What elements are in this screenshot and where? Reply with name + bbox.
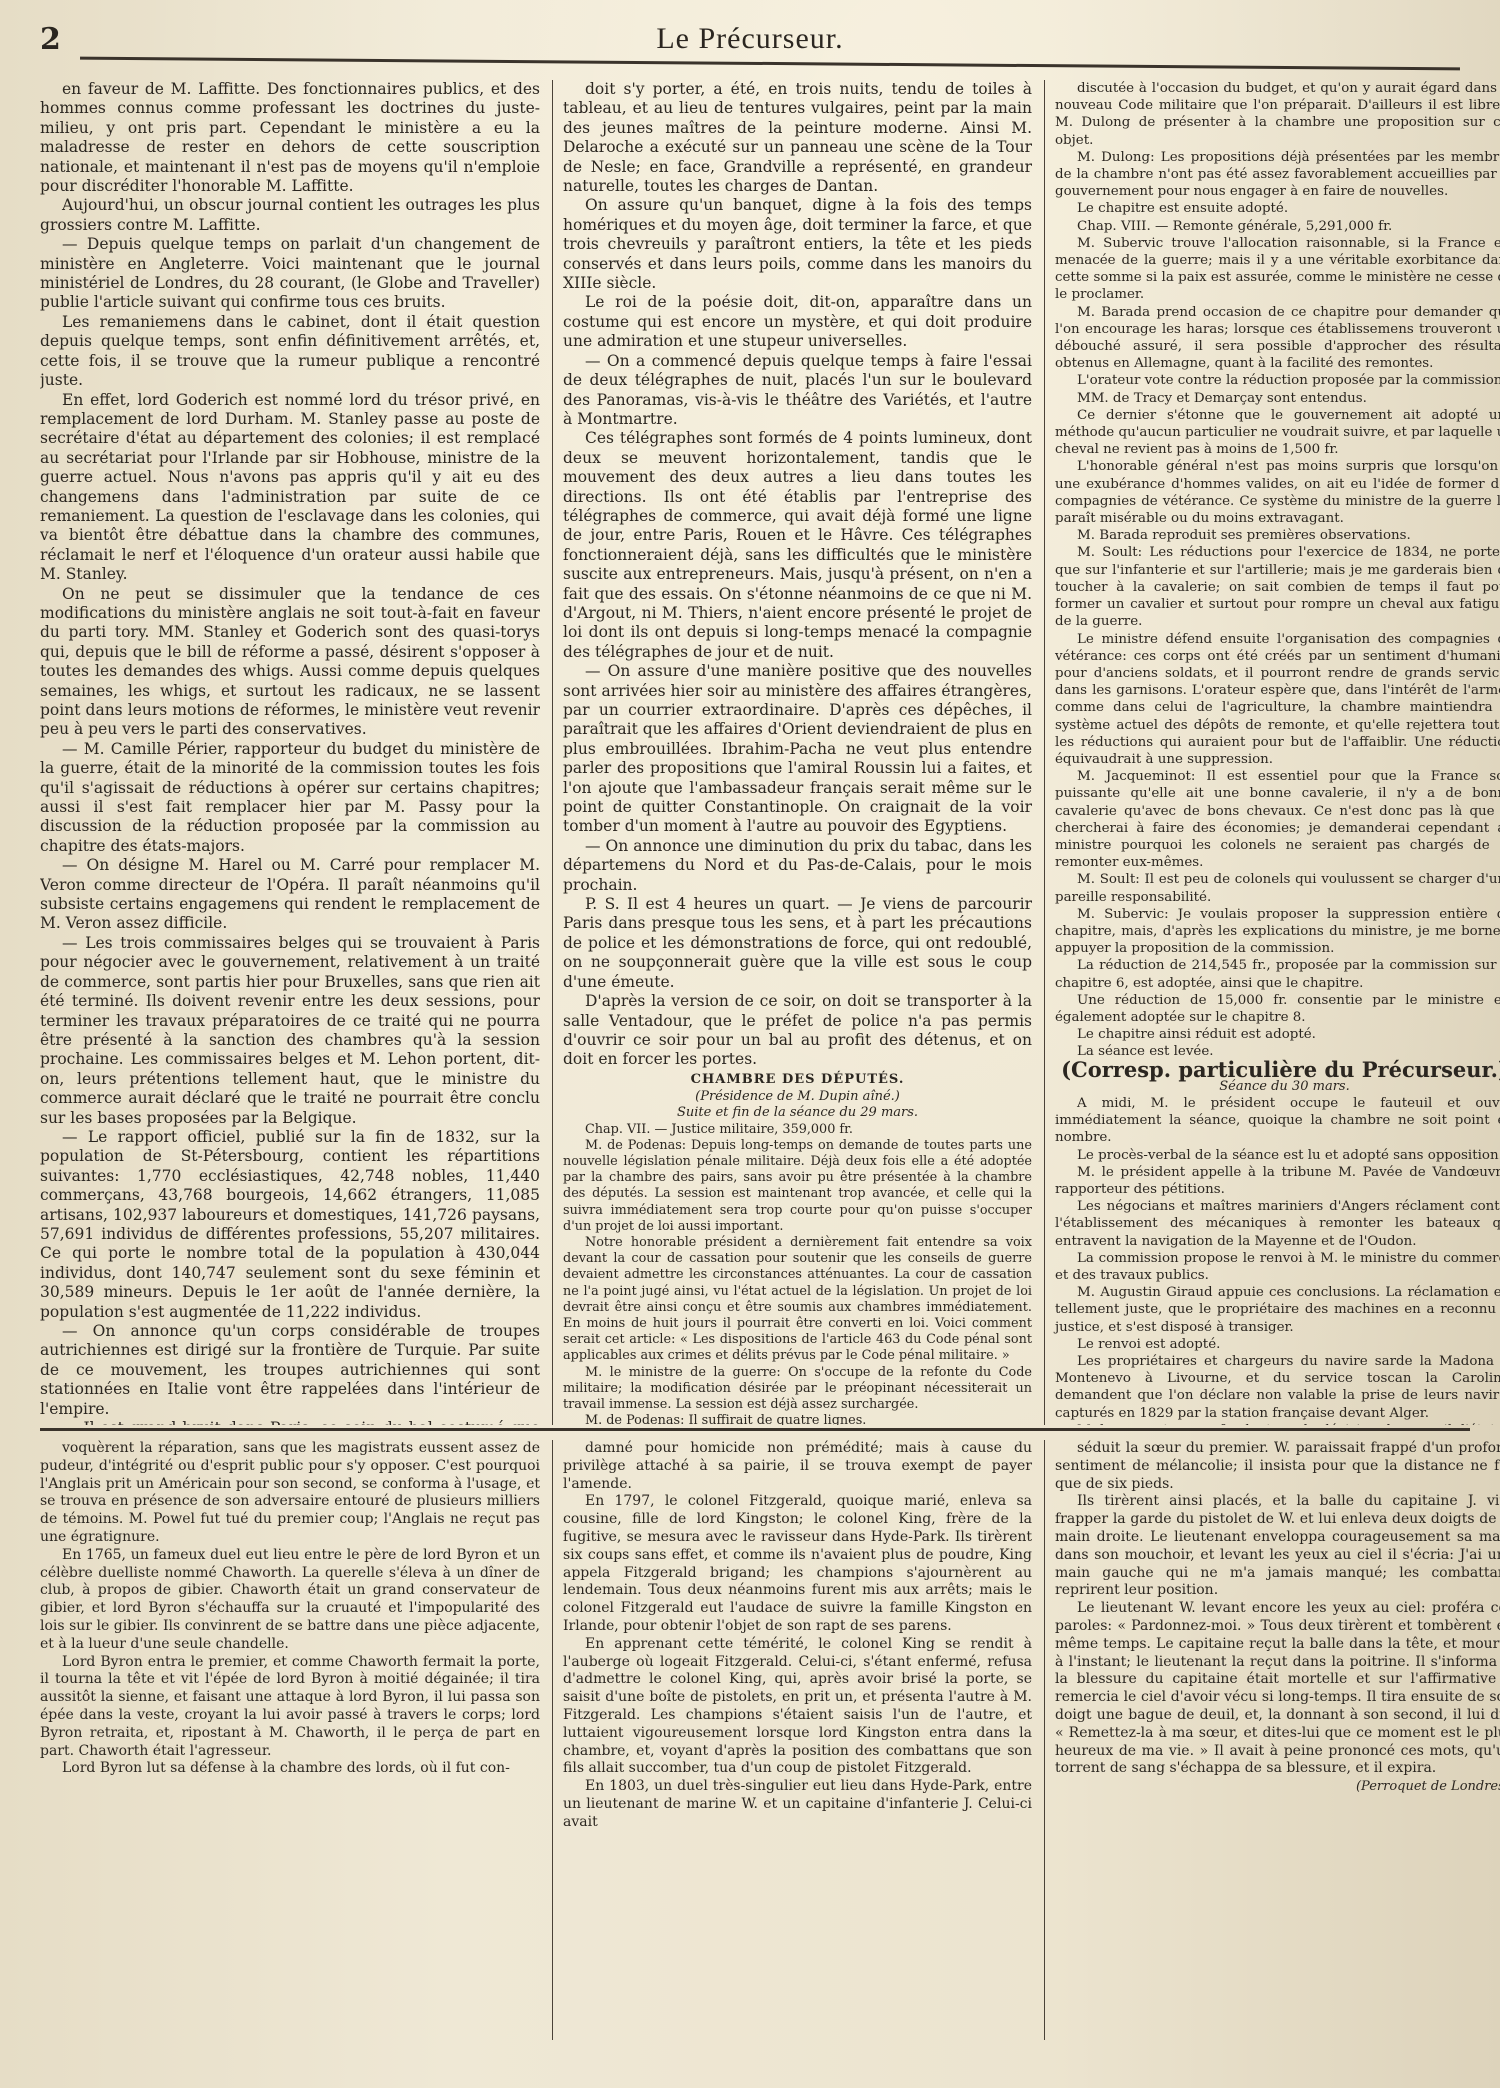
paragraph: En 1797, le colonel Fitzgerald, quoique … (563, 1493, 1032, 1635)
paragraph: Lord Byron entra le premier, et comme Ch… (40, 1654, 540, 1761)
feuilleton-column-2: damné pour homicide non prémédité; mais … (552, 1440, 1032, 2040)
paragraph: Le roi de la poésie doit, dit-on, appara… (563, 293, 1032, 351)
feuilleton: voquèrent la réparation, sans que les ma… (40, 1440, 1470, 2040)
paragraph: M. le rapporteur, se fondant sur la déci… (1055, 1422, 1500, 1425)
paragraph: En apprenant cette témérité, le colonel … (563, 1636, 1032, 1778)
paragraph: discutée à l'occasion du budget, et qu'o… (1055, 80, 1500, 149)
paragraph: Les remaniemens dans le cabinet, dont il… (40, 313, 540, 391)
paragraph: L'honorable général n'est pas moins surp… (1055, 458, 1500, 527)
paragraph: M. Subervic: Je voulais proposer la supp… (1055, 906, 1500, 958)
paragraph: — Depuis quelque temps on parlait d'un c… (40, 235, 540, 313)
column-3: discutée à l'occasion du budget, et qu'o… (1044, 80, 1500, 1425)
paragraph: Ils tirèrent ainsi placés, et la balle d… (1055, 1493, 1500, 1600)
paragraph: — On annonce qu'un corps considérable de… (40, 1322, 540, 1419)
paragraph: M. Barada reproduit ses premières observ… (1055, 527, 1500, 544)
paragraph: L'orateur vote contre la réduction propo… (1055, 372, 1500, 389)
paragraph: damné pour homicide non prémédité; mais … (563, 1440, 1032, 1493)
paragraph: Le renvoi est adopté. (1055, 1336, 1500, 1353)
paragraph: M. Barada prend occasion de ce chapitre … (1055, 304, 1500, 373)
paragraph: M. Augustin Giraud appuie ces conclusion… (1055, 1284, 1500, 1336)
paragraph: P. S. Il est 4 heures un quart. — Je vie… (563, 895, 1032, 992)
paragraph: En 1765, un fameux duel eut lieu entre l… (40, 1547, 540, 1654)
paragraph: Ces télégraphes sont formés de 4 points … (563, 429, 1032, 662)
paragraph: — Il est grand bruit dans Paris, ce soir… (40, 1419, 540, 1425)
paragraph: D'après la version de ce soir, on doit s… (563, 992, 1032, 1070)
paragraph: Une réduction de 15,000 fr. consentie pa… (1055, 992, 1500, 1026)
paragraph: M. Soult: Il est peu de colonels qui vou… (1055, 871, 1500, 905)
column-2-news: doit s'y porter, a été, en trois nuits, … (563, 80, 1032, 1070)
paragraph: La réduction de 214,545 fr., proposée pa… (1055, 957, 1500, 991)
paragraph: On ne peut se dissimuler que la tendance… (40, 585, 540, 740)
paragraph: Le procès-verbal de la séance est lu et … (1055, 1147, 1500, 1164)
paragraph: Chap. VIII. — Remonte générale, 5,291,00… (1055, 218, 1500, 235)
paragraph: Ce dernier s'étonne que le gouvernement … (1055, 407, 1500, 459)
paragraph: voquèrent la réparation, sans que les ma… (40, 1440, 540, 1547)
paragraph: séduit la sœur du premier. W. paraissait… (1055, 1440, 1500, 1493)
page-header: 2 Le Précurseur. (40, 18, 1460, 60)
paragraph: En 1803, un duel très-singulier eut lieu… (563, 1778, 1032, 1831)
section-subtitle: Suite et fin de la séance du 29 mars. (563, 1105, 1032, 1121)
paragraph: — On a commencé depuis quelque temps à f… (563, 352, 1032, 430)
paragraph: — M. Camille Périer, rapporteur du budge… (40, 740, 540, 856)
paragraph: M. de Podenas: Depuis long-temps on dema… (563, 1138, 1032, 1235)
paragraph: en faveur de M. Laffitte. Des fonctionna… (40, 80, 540, 196)
seance-proceedings: A midi, M. le président occupe le fauteu… (1055, 1095, 1500, 1425)
paragraph: — Les trois commissaires belges qui se t… (40, 934, 540, 1128)
paragraph: — Le rapport officiel, publié sur la fin… (40, 1128, 540, 1322)
paragraph: MM. de Tracy et Demarçay sont entendus. (1055, 390, 1500, 407)
feuilleton-column-1: voquèrent la réparation, sans que les ma… (40, 1440, 540, 2040)
paragraph: Les négocians et maîtres mariniers d'Ang… (1055, 1198, 1500, 1250)
paragraph: doit s'y porter, a été, en trois nuits, … (563, 80, 1032, 196)
paragraph: Lord Byron lut sa défense à la chambre d… (40, 1760, 540, 1778)
paragraph: Les propriétaires et chargeurs du navire… (1055, 1353, 1500, 1422)
column-2: doit s'y porter, a été, en trois nuits, … (552, 80, 1032, 1425)
paragraph: M. Dulong: Les propositions déjà présent… (1055, 149, 1500, 201)
paragraph: Chap. VII. — Justice militaire, 359,000 … (563, 1122, 1032, 1138)
paragraph: M. Soult: Les réductions pour l'exercice… (1055, 544, 1500, 630)
paragraph: On assure qu'un banquet, digne à la fois… (563, 196, 1032, 293)
paragraph: — On annonce une diminution du prix du t… (563, 837, 1032, 895)
paragraph: Le lieutenant W. levant encore les yeux … (1055, 1600, 1500, 1778)
feuilleton-column-3: séduit la sœur du premier. W. paraissait… (1044, 1440, 1500, 2040)
paragraph: Aujourd'hui, un obscur journal contient … (40, 196, 540, 235)
paragraph: M. Subervic trouve l'allocation raisonna… (1055, 235, 1500, 304)
paragraph: La commission propose le renvoi à M. le … (1055, 1250, 1500, 1284)
paragraph: M. de Podenas: Il suffirait de quatre li… (563, 1413, 1032, 1425)
paragraph: Le chapitre ainsi réduit est adopté. (1055, 1026, 1500, 1043)
paragraph: — On désigne M. Harel ou M. Carré pour r… (40, 856, 540, 934)
main-columns: en faveur de M. Laffitte. Des fonctionna… (40, 80, 1470, 1425)
paragraph: Le ministre défend ensuite l'organisatio… (1055, 631, 1500, 769)
column-3-proceedings: discutée à l'occasion du budget, et qu'o… (1055, 80, 1500, 1061)
section-heading-chambre: CHAMBRE DES DÉPUTÉS. (563, 1070, 1032, 1089)
paragraph: M. le président appelle à la tribune M. … (1055, 1164, 1500, 1198)
feuilleton-column-3-text: séduit la sœur du premier. W. paraissait… (1055, 1440, 1500, 1778)
paragraph: — On assure d'une manière positive que d… (563, 662, 1032, 837)
column-1: en faveur de M. Laffitte. Des fonctionna… (40, 80, 540, 1425)
feuilleton-rule (40, 1428, 1470, 1431)
section-presidency: (Présidence de M. Dupin aîné.) (563, 1089, 1032, 1105)
paragraph: M. Jacqueminot: Il est essentiel pour qu… (1055, 768, 1500, 871)
chambre-proceedings: Chap. VII. — Justice militaire, 359,000 … (563, 1122, 1032, 1425)
paragraph: A midi, M. le président occupe le fauteu… (1055, 1095, 1500, 1147)
paragraph: En effet, lord Goderich est nommé lord d… (40, 391, 540, 585)
paragraph: Le chapitre est ensuite adopté. (1055, 200, 1500, 217)
paragraph: M. le ministre de la guerre: On s'occupe… (563, 1365, 1032, 1414)
newspaper-page: 2 Le Précurseur. en faveur de M. Laffitt… (0, 0, 1500, 2088)
masthead-title: Le Précurseur. (40, 22, 1460, 56)
paragraph: Notre honorable président a dernièrement… (563, 1235, 1032, 1365)
section-heading-corresp: (Corresp. particulière du Précurseur.) (1055, 1061, 1500, 1078)
source-attribution: (Perroquet de Londres.) (1055, 1778, 1500, 1796)
